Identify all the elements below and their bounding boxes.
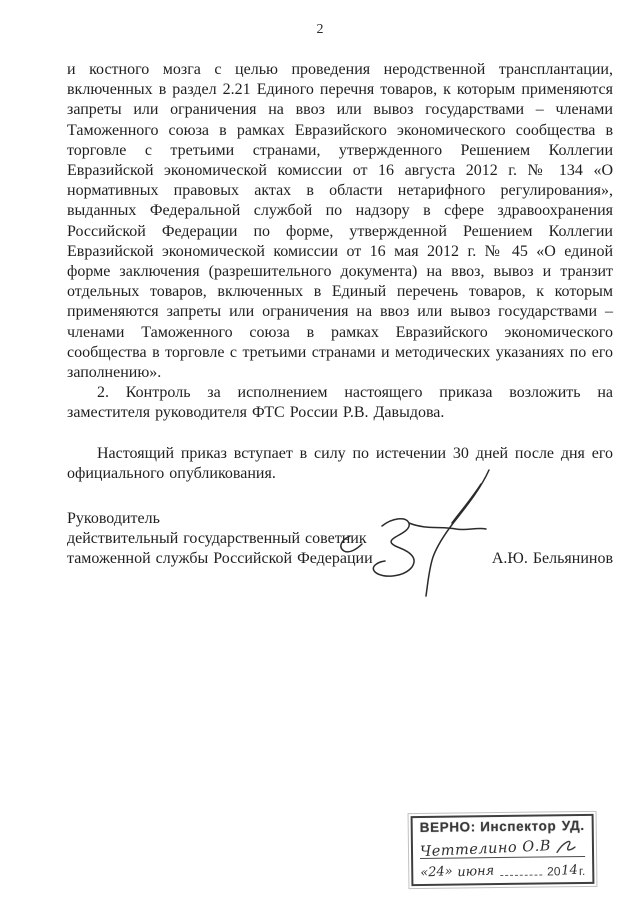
paragraph-item-2: 2. Контроль за исполнением настоящего пр… (67, 383, 613, 423)
stamp-year-printed: 20 (547, 864, 561, 878)
signer-name: А.Ю. Бельянинов (492, 549, 613, 569)
page-number: 2 (0, 22, 640, 38)
stamp-year-handwritten: 14 (561, 863, 578, 879)
scanned-document-page: 2 и костного мозга с целью проведения не… (0, 0, 640, 905)
signer-position-line: действительный государственный советник (67, 529, 373, 549)
handwritten-signature (330, 458, 505, 603)
stamp-year-unit: г. (579, 864, 585, 878)
certification-stamp: ВЕРНО: Инспектор УД. Четтелино О.В «24» … (411, 814, 595, 886)
stamp-header-abbrev: УД. (562, 818, 585, 833)
paragraph-continuation: и костного мозга с целью проведения неро… (67, 60, 613, 383)
signer-position-line: таможенной службы Российской Федерации (67, 549, 373, 569)
stamp-date-month: июня (457, 863, 495, 880)
stamp-date-day: «24» (420, 864, 453, 881)
signer-position-line: Руководитель (67, 509, 373, 529)
stamp-blank-line (501, 874, 542, 877)
stamp-date-line: «24» июня 20 14 г. (420, 857, 585, 880)
signer-position: Руководитель действительный государствен… (67, 509, 373, 570)
pen-flourish-icon (555, 837, 577, 855)
stamp-header-text: ВЕРНО: Инспектор (420, 818, 557, 835)
stamp-name-line: Четтелино О.В (420, 833, 585, 859)
